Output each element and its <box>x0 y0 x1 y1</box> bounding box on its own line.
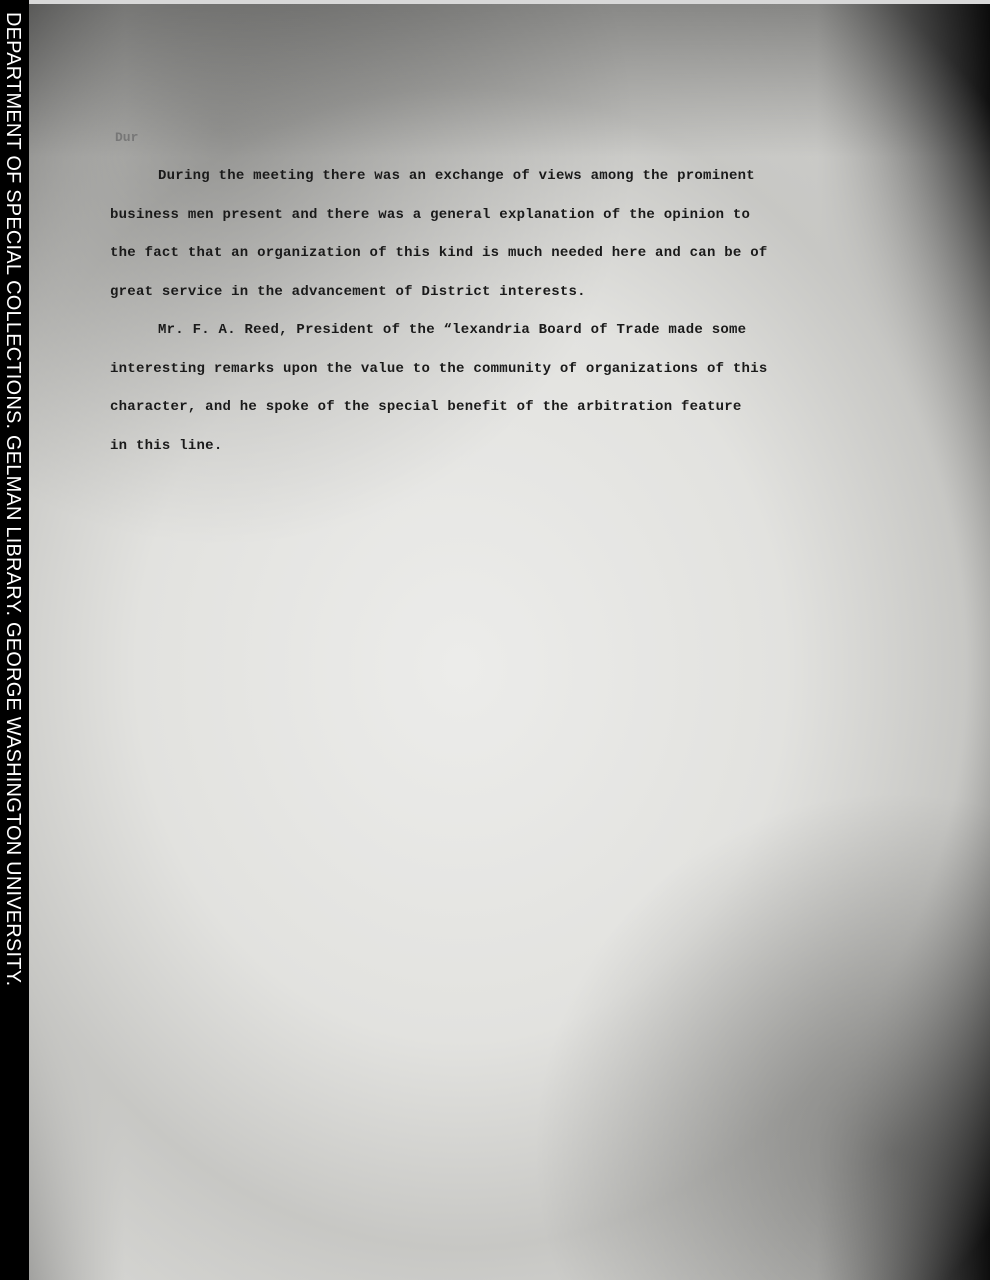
document-body: During the meeting there was an exchange… <box>110 163 890 471</box>
paragraph-1: During the meeting there was an exchange… <box>110 163 890 317</box>
paragraph-2: Mr. F. A. Reed, President of the “lexand… <box>110 317 890 471</box>
text-line: great service in the advancement of Dist… <box>110 279 890 318</box>
page-mark: Dur <box>115 130 138 145</box>
text-line: the fact that an organization of this ki… <box>110 240 890 279</box>
archive-credit-text: DEPARTMENT OF SPECIAL COLLECTIONS. GELMA… <box>1 12 24 986</box>
text-line: Mr. F. A. Reed, President of the “lexand… <box>110 317 890 356</box>
archive-credit-strip: DEPARTMENT OF SPECIAL COLLECTIONS. GELMA… <box>0 0 29 1280</box>
text-line: During the meeting there was an exchange… <box>110 163 890 202</box>
text-line: in this line. <box>110 433 890 472</box>
text-line: business men present and there was a gen… <box>110 202 890 241</box>
text-line: character, and he spoke of the special b… <box>110 394 890 433</box>
text-line: interesting remarks upon the value to th… <box>110 356 890 395</box>
